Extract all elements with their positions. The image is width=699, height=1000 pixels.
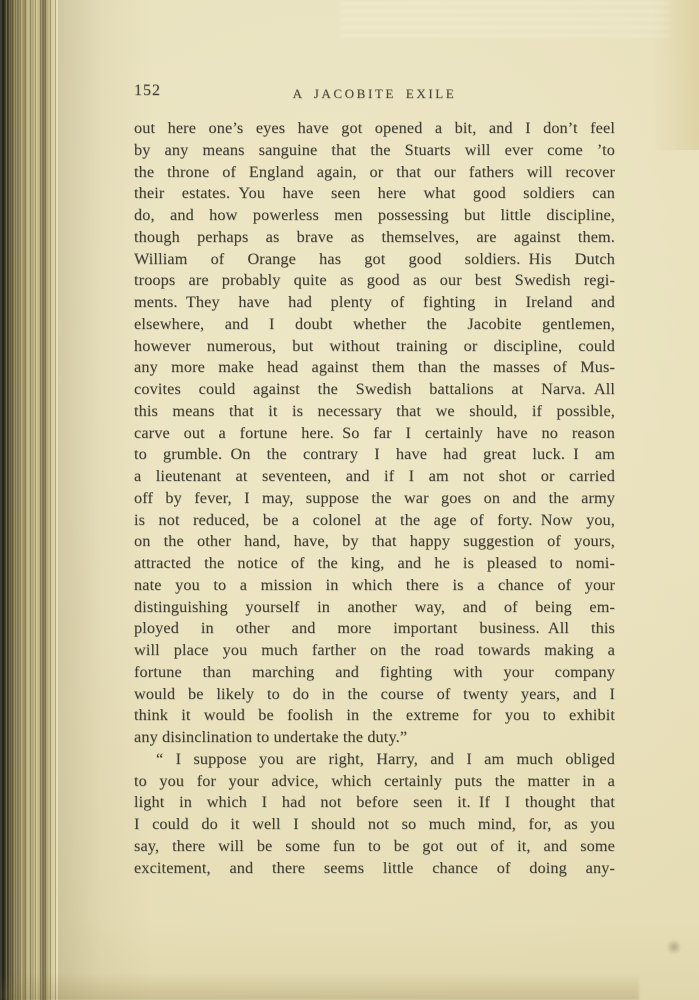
text-line: though perhaps as brave as themselves, a… xyxy=(134,227,615,249)
text-line: the throne of England again, or that our… xyxy=(134,162,615,184)
text-line: their estates. You have seen here what g… xyxy=(134,183,615,205)
text-line: elsewhere, and I doubt whether the Jacob… xyxy=(134,314,615,336)
text-line: excitement, and there seems little chanc… xyxy=(134,858,615,880)
text-line: any disinclination to undertake the duty… xyxy=(134,727,615,749)
text-line: fortune than marching and fighting with … xyxy=(134,662,615,684)
text-line: light in which I had not before seen it.… xyxy=(134,792,615,814)
text-line: will place you much farther on the road … xyxy=(134,640,615,662)
text-line: covites could against the Swedish battal… xyxy=(134,379,615,401)
text-line: is not reduced, be a colonel at the age … xyxy=(134,510,615,532)
text-line: troops are probably quite as good as our… xyxy=(134,270,615,292)
text-block: out here one’s eyes have got opened a bi… xyxy=(134,118,615,879)
text-line: I could do it well I should not so much … xyxy=(134,814,615,836)
text-line: any more make head against them than the… xyxy=(134,357,615,379)
text-line: on the other hand, have, by that happy s… xyxy=(134,531,615,553)
text-line: “ I suppose you are right, Harry, and I … xyxy=(134,749,615,771)
smudge-mark xyxy=(666,940,682,954)
text-line: to grumble. On the contrary I have had g… xyxy=(134,444,615,466)
text-line: off by fever, I may, suppose the war goe… xyxy=(134,488,615,510)
text-line: ments. They have had plenty of fighting … xyxy=(134,292,615,314)
text-line: however numerous, but without training o… xyxy=(134,336,615,358)
text-line: by any means sanguine that the Stuarts w… xyxy=(134,140,615,162)
text-line: carve out a fortune here. So far I certa… xyxy=(134,423,615,445)
text-line: distinguishing yourself in another way, … xyxy=(134,597,615,619)
text-line: say, there will be some fun to be got ou… xyxy=(134,836,615,858)
text-line: think it would be foolish in the extreme… xyxy=(134,705,615,727)
text-line: would be likely to do in the course of t… xyxy=(134,684,615,706)
text-line: do, and how powerless men possessing but… xyxy=(134,205,615,227)
running-header: A JACOBITE EXILE xyxy=(134,86,615,102)
scanner-light-streaks xyxy=(340,2,670,42)
text-line: this means that it is necessary that we … xyxy=(134,401,615,423)
text-line: nate you to a mission in which there is … xyxy=(134,575,615,597)
text-line: attracted the notice of the king, and he… xyxy=(134,553,615,575)
text-line: a lieutenant at seventeen, and if I am n… xyxy=(134,466,615,488)
book-page-scan: 152 A JACOBITE EXILE out here one’s eyes… xyxy=(0,0,699,1000)
text-line: William of Orange has got good soldiers.… xyxy=(134,249,615,271)
text-line: out here one’s eyes have got opened a bi… xyxy=(134,118,615,140)
text-line: to you for your advice, which certainly … xyxy=(134,771,615,793)
binding-edge xyxy=(0,0,58,1000)
text-line: ployed in other and more important busin… xyxy=(134,618,615,640)
top-right-page-tint xyxy=(639,0,699,150)
bottom-page-shade xyxy=(0,974,639,1000)
